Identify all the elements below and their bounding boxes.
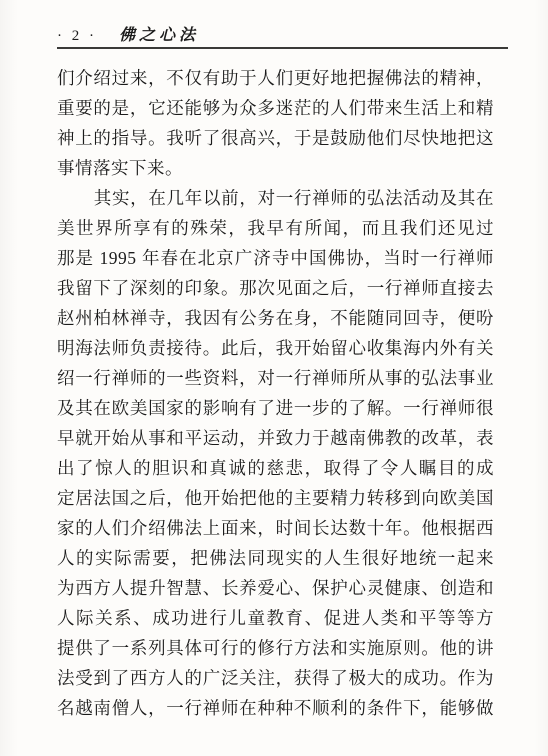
text-line: 人的实际需要，把佛法同现实的人生很好地统一起来了， [57,543,494,573]
text-line: 为西方人提升智慧、长养爱心、保护心灵健康、创造和谐 [57,573,494,603]
paragraph: 们介绍过来，不仅有助于人们更好地把握佛法的精神，更重要的是，它还能够为众多迷茫的… [57,63,494,183]
text-line: 人际关系、成功进行儿童教育、促进人类和平等等方面， [57,603,494,633]
text-line: 美世界所享有的殊荣，我早有所闻，而且我们还见过面， [57,213,494,243]
text-line: 家的人们介绍佛法上面来，时间长达数十年。他根据西方 [57,513,494,543]
header-rule [57,47,508,49]
text-line: 其实，在几年以前，对一行禅师的弘法活动及其在欧 [57,183,494,213]
book-title: 佛之心法 [119,22,199,45]
page-content: · 2 · 佛之心法 们介绍过来，不仅有助于人们更好地把握佛法的精神，更重要的是… [57,22,494,723]
text-line: 们介绍过来，不仅有助于人们更好地把握佛法的精神，更 [57,63,494,93]
text-line: 名越南僧人，一行禅师在种种不顺利的条件下，能够做出 [57,693,494,723]
text-line: 那是 1995 年春在北京广济寺中国佛协，当时一行禅师给 [57,243,494,273]
text-line: 明海法师负责接待。此后，我开始留心收集海内外有关介 [57,333,494,363]
book-page: · 2 · 佛之心法 们介绍过来，不仅有助于人们更好地把握佛法的精神，更重要的是… [0,0,548,756]
text-line: 早就开始从事和平运动，并致力于越南佛教的改革，表现 [57,423,494,453]
text-line: 定居法国之后，他开始把他的主要精力转移到向欧美国 [57,483,494,513]
page-body: 们介绍过来，不仅有助于人们更好地把握佛法的精神，更重要的是，它还能够为众多迷茫的… [57,63,494,723]
page-number: · 2 · [57,28,97,45]
text-line: 神上的指导。我听了很高兴，于是鼓励他们尽快地把这件 [57,123,494,153]
paragraph: 其实，在几年以前，对一行禅师的弘法活动及其在欧美世界所享有的殊荣，我早有所闻，而… [57,183,494,723]
text-line: 重要的是，它还能够为众多迷茫的人们带来生活上和精 [57,93,494,123]
text-line: 出了惊人的胆识和真诚的慈悲，取得了令人瞩目的成绩。 [57,453,494,483]
text-line: 提供了一系列具体可行的修行方法和实施原则。他的讲 [57,633,494,663]
text-line: 绍一行禅师的一些资料，对一行禅师所从事的弘法事业 [57,363,494,393]
text-line: 赵州柏林禅寺，我因有公务在身，不能随同回寺，便吩咐 [57,303,494,333]
text-line: 及其在欧美国家的影响有了进一步的了解。一行禅师很 [57,393,494,423]
text-line: 法受到了西方人的广泛关注，获得了极大的成功。作为一 [57,663,494,693]
running-head: · 2 · 佛之心法 [57,22,494,44]
text-line: 事情落实下来。 [57,153,494,183]
text-line: 我留下了深刻的印象。那次见面之后，一行禅师直接去了 [57,273,494,303]
